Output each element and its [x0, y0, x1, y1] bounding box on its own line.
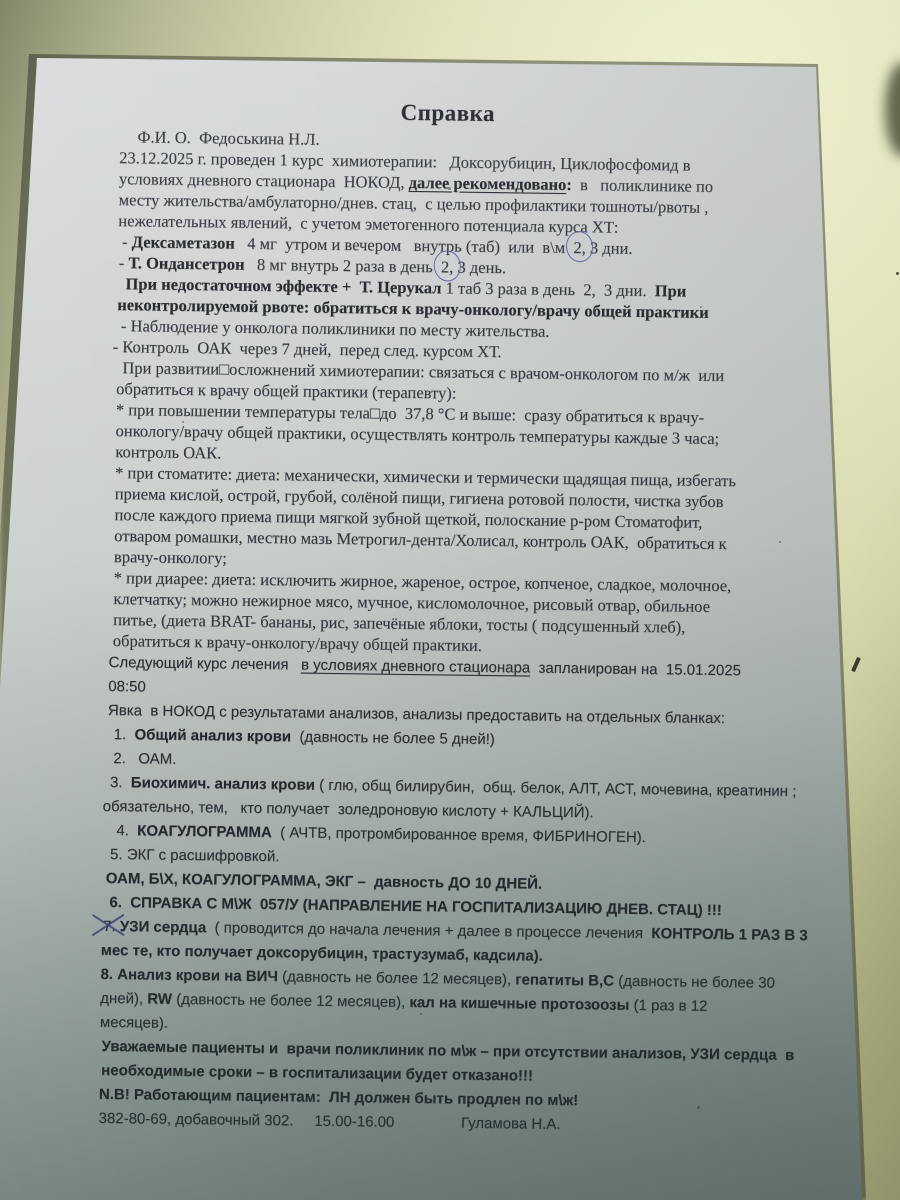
text-segment: Общий анализ крови	[134, 726, 291, 745]
shadow-blob	[885, 62, 900, 157]
dust-speck	[697, 1106, 700, 1109]
text-segment: (давность не более 30	[614, 973, 775, 992]
text-segment: контроль ОАК.	[115, 442, 221, 462]
dust-speck	[896, 272, 899, 275]
text-segment: условиях дневного стационара НОКОД,	[119, 169, 409, 192]
text-segment: 8 мг внутрь 2 раза в день	[244, 255, 441, 277]
text-segment: -	[122, 232, 132, 251]
text-segment: (давность не более 5 дней!)	[291, 728, 495, 748]
text-segment: -	[119, 253, 129, 272]
text-segment: ( АЧТВ, протромбированное время, ФИБРИНО…	[272, 824, 646, 846]
text-segment: (1 раз в 12	[629, 997, 707, 1015]
text-segment: 1 таб 3 раза в день 2, 3 дни.	[441, 278, 655, 300]
text-segment: в поликлинике по	[572, 175, 713, 196]
dust-speck	[420, 1013, 422, 1015]
text-segment: кал на кишечные протозоозы	[409, 994, 629, 1014]
text-segment: RW	[147, 991, 172, 1008]
text-segment: КОАГУЛОГРАММА	[137, 822, 272, 841]
text-segment: КОНТРОЛЬ 1 РАЗ В 3	[651, 925, 808, 944]
text-segment: 1.	[114, 726, 135, 743]
text-segment: 5. ЭКГ с расшифровкой.	[110, 846, 280, 865]
text-segment: N.B! Работающим пациентам: ЛН должен быт…	[99, 1086, 578, 1109]
text-segment: При	[655, 281, 687, 300]
dust-speck	[779, 541, 781, 543]
pen-circled-value: 2,	[573, 237, 586, 258]
pen-x-mark: 7.	[103, 915, 116, 939]
text-segment: 382-80-69, добавочный 302. 15.00-16.00 Г…	[99, 1110, 561, 1133]
text-segment: необходимые сроки – в госпитализации буд…	[101, 1062, 533, 1085]
text-segment: Биохимич. анализ крови	[131, 774, 315, 793]
dust-speck	[182, 421, 184, 423]
text-segment: 4.	[116, 822, 137, 839]
paper-document: Справка Ф.И. О. Федоськина Н.Л.23.12.202…	[0, 0, 900, 1200]
text-segment: далее рекомендовано	[409, 173, 567, 194]
text-segment: ОАМ, Б\Х, КОАГУЛОГРАММА, ЭКГ – давность …	[106, 870, 543, 893]
text-segment: ( проводится до начала лечения + далее в…	[206, 919, 651, 942]
text-segment: Т. Ондансетрон	[128, 253, 244, 274]
pen-circled-value: 2,	[441, 256, 454, 277]
document-content: Справка Ф.И. О. Федоськина Н.Л.23.12.202…	[98, 96, 783, 1140]
text-segment: (давность не более 12 месяцев),	[278, 968, 516, 988]
text-segment: (давность не более 12 месяцев),	[172, 991, 410, 1011]
document-lines: Ф.И. О. Федоськина Н.Л.23.12.2025 г. про…	[98, 126, 783, 1140]
text-segment: врачу-онкологу;	[114, 547, 227, 567]
text-segment: Следующий курс лечения	[108, 654, 301, 674]
text-segment: обязательно, тем, кто получает золедроно…	[103, 798, 594, 821]
text-segment: УЗИ сердца	[120, 918, 207, 936]
text-segment: 3 день.	[453, 257, 506, 277]
text-segment: в условиях дневного стационара	[301, 657, 530, 677]
text-segment: Дексаметазон	[132, 232, 235, 252]
photo-scene: Справка Ф.И. О. Федоськина Н.Л.23.12.202…	[0, 0, 900, 1200]
text-segment: дней),	[100, 990, 147, 1008]
text-segment: мес те, кто получает доксорубицин, траст…	[101, 942, 543, 965]
text-segment: гепатиты В,С	[515, 971, 614, 989]
text-segment: запланирован на 15.01.2025	[530, 660, 741, 680]
text-segment: 08:50	[108, 678, 146, 695]
text-segment: Ф.И. О. Федоськина Н.Л.	[137, 127, 319, 148]
text-segment: 8. Анализ крови на ВИЧ	[100, 966, 278, 985]
dust-speck	[700, 306, 702, 308]
text-segment: ( глю, общ билирубин, общ. белок, АЛТ, А…	[315, 777, 797, 800]
dust-speck	[448, 187, 451, 190]
text-segment: 2. ОАМ.	[113, 750, 176, 768]
text-segment: месяцев).	[100, 1014, 168, 1032]
ink-mark	[851, 657, 861, 672]
text-segment: 3.	[110, 774, 131, 791]
